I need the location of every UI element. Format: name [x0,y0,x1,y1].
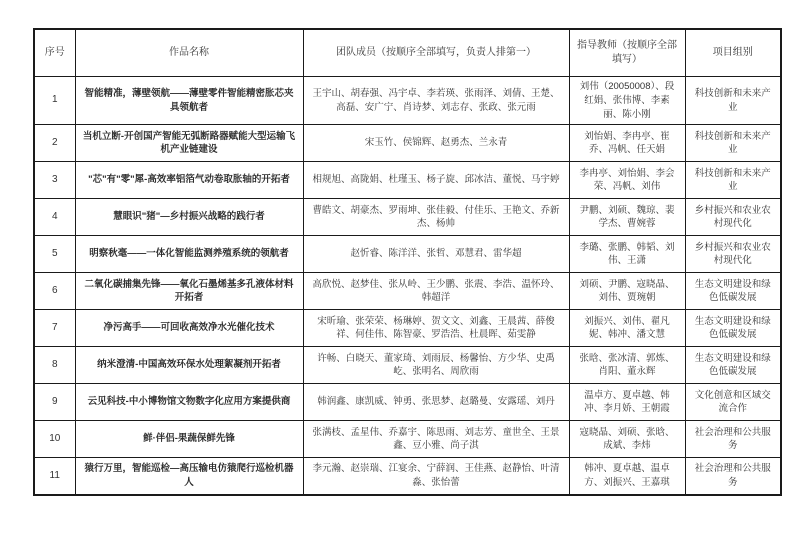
table-row: 7净污高手——可回收高效净水光催化技术宋昕瑜、张荣荣、杨琳婷、贺文文、刘鑫、王晨… [34,310,781,347]
project-category-cell: 科技创新和未来产业 [685,162,781,199]
advisors-cell: 张晗、张冰清、郭炼、肖阳、董永辉 [569,347,685,384]
project-category-cell: 文化创意和区域交流合作 [685,384,781,421]
team-members-cell: 张满枝、孟星伟、乔嘉宇、陈思雨、刘志芳、童世全、王景鑫、豆小雅、尚子淇 [303,421,569,458]
team-members-cell: 宋昕瑜、张荣荣、杨琳婷、贺文文、刘鑫、王晨茜、薛俊祥、何佳伟、陈智豪、罗浩浩、杜… [303,310,569,347]
team-members-cell: 曹皓文、胡豪杰、罗雨坤、张佳毅、付佳乐、王艳文、乔新杰、杨帅 [303,199,569,236]
table-row: 2当机立断-开创国产智能无弧断路器赋能大型运输飞机产业链建设宋玉竹、侯锦辉、赵勇… [34,125,781,162]
advisors-cell: 刘怡娟、李冉亭、崔乔、冯帆、任天娟 [569,125,685,162]
row-number-cell: 6 [34,273,75,310]
work-title-cell: 智能精准，薄壁领航——薄壁零件智能精密胀芯夹具领航者 [75,77,303,125]
table-row: 5明察秋毫——一体化智能监测养殖系统的领航者赵忻睿、陈洋洋、张哲、邓慧君、雷华超… [34,236,781,273]
row-number-cell: 11 [34,458,75,495]
table-row: 4慧眼识"猪"—乡村振兴战略的践行者曹皓文、胡豪杰、罗雨坤、张佳毅、付佳乐、王艳… [34,199,781,236]
team-members-cell: 高欣悦、赵梦佳、张从岭、王少鹏、张震、李浩、温怀玲、韩超洋 [303,273,569,310]
advisors-cell: 温卓方、夏卓越、韩冲、李月娇、王朝霞 [569,384,685,421]
team-members-cell: 王宇山、胡春强、冯宇卓、李若瑛、张雨泽、刘倩、王楚、高磊、安广宁、肖诗梦、刘志存… [303,77,569,125]
work-title-cell: 云见科技-中小博物馆文物数字化应用方案提供商 [75,384,303,421]
advisors-cell: 刘硕、尹鹏、寇晓晶、刘伟、贾琬朝 [569,273,685,310]
table-row: 8纳米澄清-中国高效环保水处理絮凝剂开拓者许畅、白晓天、董家琦、刘雨辰、杨馨怡、… [34,347,781,384]
work-title-cell: 明察秋毫——一体化智能监测养殖系统的领航者 [75,236,303,273]
team-members-cell: 相规旭、高陇娟、杜瑾玉、杨子旋、邱冰洁、董悦、马宇婷 [303,162,569,199]
project-category-cell: 科技创新和未来产业 [685,125,781,162]
advisors-cell: 李璐、张鹏、韩韬、刘伟、王潇 [569,236,685,273]
header-cell-category: 项目组别 [685,29,781,77]
work-title-cell: 鲜·伴侣-果蔬保鲜先锋 [75,421,303,458]
project-category-cell: 社会治理和公共服务 [685,458,781,495]
row-number-cell: 8 [34,347,75,384]
row-number-cell: 10 [34,421,75,458]
work-title-cell: "芯"有"零"犀-高效率铝箔气动卷取胀轴的开拓者 [75,162,303,199]
project-category-cell: 乡村振兴和农业农村现代化 [685,199,781,236]
project-roster-table: 序号 作品名称 团队成员（按顺序全部填写，负责人排第一） 指导教师（按顺序全部填… [33,28,782,496]
table-row: 10鲜·伴侣-果蔬保鲜先锋张满枝、孟星伟、乔嘉宇、陈思雨、刘志芳、童世全、王景鑫… [34,421,781,458]
table-header-row: 序号 作品名称 团队成员（按顺序全部填写，负责人排第一） 指导教师（按顺序全部填… [34,29,781,77]
header-cell-title: 作品名称 [75,29,303,77]
team-members-cell: 韩润鑫、康凯威、钟勇、张思梦、赵璐曼、安露瑶、刘丹 [303,384,569,421]
work-title-cell: 纳米澄清-中国高效环保水处理絮凝剂开拓者 [75,347,303,384]
project-category-cell: 乡村振兴和农业农村现代化 [685,236,781,273]
project-category-cell: 生态文明建设和绿色低碳发展 [685,310,781,347]
work-title-cell: 净污高手——可回收高效净水光催化技术 [75,310,303,347]
work-title-cell: 猿行万里，智能巡检—高压输电仿猿爬行巡检机器人 [75,458,303,495]
header-cell-no: 序号 [34,29,75,77]
team-members-cell: 宋玉竹、侯锦辉、赵勇杰、兰永青 [303,125,569,162]
project-category-cell: 生态文明建设和绿色低碳发展 [685,347,781,384]
table-body: 1智能精准，薄壁领航——薄壁零件智能精密胀芯夹具领航者王宇山、胡春强、冯宇卓、李… [34,77,781,495]
row-number-cell: 9 [34,384,75,421]
row-number-cell: 1 [34,77,75,125]
advisors-cell: 李冉亭、刘怡娟、李会荣、冯帆、刘伟 [569,162,685,199]
advisors-cell: 刘伟（20050008）、段红娟、张伟博、李素丽、陈小刚 [569,77,685,125]
table-row: 9云见科技-中小博物馆文物数字化应用方案提供商韩润鑫、康凯威、钟勇、张思梦、赵璐… [34,384,781,421]
team-members-cell: 许畅、白晓天、董家琦、刘雨辰、杨馨怡、方少华、史禹屹、张明名、周欣雨 [303,347,569,384]
table-header: 序号 作品名称 团队成员（按顺序全部填写，负责人排第一） 指导教师（按顺序全部填… [34,29,781,77]
project-category-cell: 科技创新和未来产业 [685,77,781,125]
row-number-cell: 7 [34,310,75,347]
table-row: 11猿行万里，智能巡检—高压输电仿猿爬行巡检机器人李元瀚、赵崇瑞、江宴余、宁薛润… [34,458,781,495]
row-number-cell: 4 [34,199,75,236]
header-cell-members: 团队成员（按顺序全部填写，负责人排第一） [303,29,569,77]
advisors-cell: 韩冲、夏卓越、温卓方、刘振兴、王嘉琪 [569,458,685,495]
table-row: 3"芯"有"零"犀-高效率铝箔气动卷取胀轴的开拓者相规旭、高陇娟、杜瑾玉、杨子旋… [34,162,781,199]
document-page: 序号 作品名称 团队成员（按顺序全部填写，负责人排第一） 指导教师（按顺序全部填… [0,0,800,533]
table-row: 6二氧化碳捕集先锋——氧化石墨烯基多孔液体材料开拓者高欣悦、赵梦佳、张从岭、王少… [34,273,781,310]
advisors-cell: 尹鹏、刘硕、魏琼、裴学杰、曹婉蓉 [569,199,685,236]
work-title-cell: 慧眼识"猪"—乡村振兴战略的践行者 [75,199,303,236]
work-title-cell: 二氧化碳捕集先锋——氧化石墨烯基多孔液体材料开拓者 [75,273,303,310]
advisors-cell: 寇晓晶、刘硕、张晗、成斌、李炜 [569,421,685,458]
row-number-cell: 3 [34,162,75,199]
team-members-cell: 赵忻睿、陈洋洋、张哲、邓慧君、雷华超 [303,236,569,273]
row-number-cell: 5 [34,236,75,273]
header-cell-advisors: 指导教师（按顺序全部填写） [569,29,685,77]
team-members-cell: 李元瀚、赵崇瑞、江宴余、宁薛润、王佳燕、赵静怡、叶清淼、张怡蕾 [303,458,569,495]
advisors-cell: 刘振兴、刘伟、翟凡妮、韩冲、潘文慧 [569,310,685,347]
project-category-cell: 社会治理和公共服务 [685,421,781,458]
work-title-cell: 当机立断-开创国产智能无弧断路器赋能大型运输飞机产业链建设 [75,125,303,162]
row-number-cell: 2 [34,125,75,162]
table-row: 1智能精准，薄壁领航——薄壁零件智能精密胀芯夹具领航者王宇山、胡春强、冯宇卓、李… [34,77,781,125]
project-category-cell: 生态文明建设和绿色低碳发展 [685,273,781,310]
